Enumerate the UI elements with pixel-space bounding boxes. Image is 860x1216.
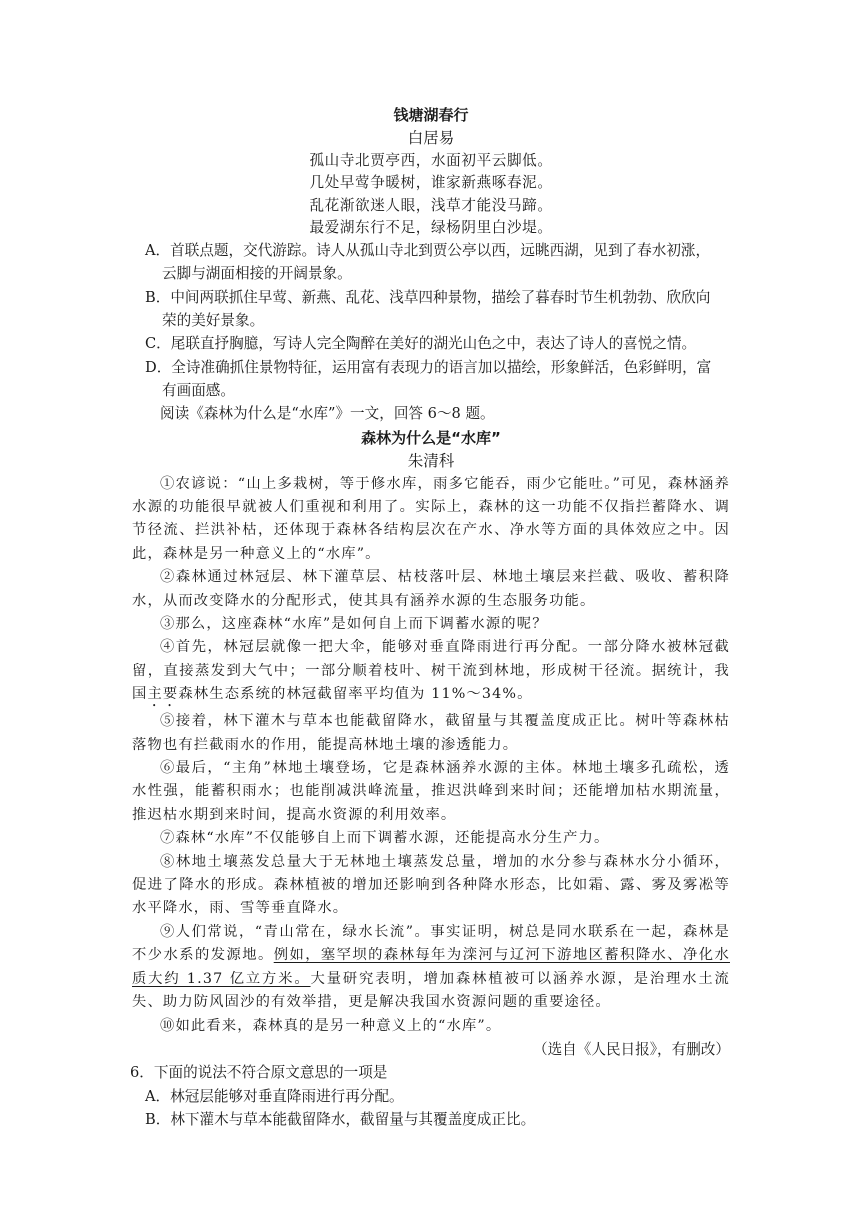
- paragraph-2: ②森林通过林冠层、林下灌草层、枯枝落叶层、林地土壤层来拦截、吸收、蓄积降水，从而…: [132, 566, 730, 613]
- option-label: B．: [145, 289, 170, 306]
- option-text: 首联点题，交代游踪。诗人从孤山寺北到贾公亭以西，远眺西湖，见到了春水初涨，: [170, 242, 710, 259]
- option-label: C．: [145, 335, 171, 352]
- poem-option-d: D．全诗准确抓住景物特征，运用富有表现力的语言加以描绘，形象鲜活，色彩鲜明，富 …: [132, 356, 730, 403]
- article-author: 朱清科: [132, 450, 730, 473]
- reading-instruction: 阅读《森林为什么是“水库”》一文，回答 6～8 题。: [132, 402, 730, 425]
- paragraph-3: ③那么，这座森林“水库”是如何自上而下调蓄水源的呢？: [132, 613, 730, 636]
- question-6-stem: 6．下面的说法不符合原文意思的一项是: [130, 1061, 730, 1084]
- paragraph-6: ⑥最后，“主角”林地土壤登场，它是森林涵养水源的主体。林地土壤多孔疏松，透水性强…: [132, 757, 730, 827]
- paragraph-4-text-cont: 森林生态系统的林冠截留率平均值为 11%～34%。: [178, 686, 532, 702]
- poem-line: 几处早莺争暖树，谁家新燕啄春泥。: [132, 172, 730, 194]
- option-label: B．: [145, 1111, 170, 1128]
- article-source: （选自《人民日报》，有删改）: [132, 1038, 730, 1061]
- poem-option-b: B．中间两联抓住早莺、新燕、乱花、浅草四种景物，描绘了暮春时节生机勃勃、欣欣向 …: [132, 286, 730, 333]
- question-6-option-b: B．林下灌木与草本能截留降水，截留量与其覆盖度成正比。: [132, 1108, 730, 1131]
- paragraph-10: ⑩如此看来，森林真的是另一种意义上的“水库”。: [132, 1015, 730, 1038]
- option-text-cont: 云脚与湖面相接的开阔景象。: [145, 262, 730, 285]
- option-text: 尾联直抒胸臆，写诗人完全陶醉在美好的湖光山色之中，表达了诗人的喜悦之情。: [171, 335, 696, 352]
- option-text-cont: 荣的美好景象。: [145, 309, 730, 332]
- option-text: 全诗准确抓住景物特征，运用富有表现力的语言加以描绘，形象鲜活，色彩鲜明，富: [171, 359, 711, 376]
- paragraph-9: ⑨人们常说，“青山常在，绿水长流”。事实证明，树总是同水联系在一起，森林是不少水…: [132, 921, 730, 1015]
- poem-option-c: C．尾联直抒胸臆，写诗人完全陶醉在美好的湖光山色之中，表达了诗人的喜悦之情。: [132, 332, 730, 355]
- paragraph-5: ⑤接着，林下灌木与草本也能截留降水，截留量与其覆盖度成正比。树叶等森林枯落物也有…: [132, 710, 730, 757]
- option-text: 林下灌木与草本能截留降水，截留量与其覆盖度成正比。: [170, 1111, 535, 1128]
- poem-line: 乱花渐欲迷人眼，浅草才能没马蹄。: [132, 195, 730, 217]
- article-title: 森林为什么是“水库”: [132, 426, 730, 450]
- option-label: A．: [145, 242, 170, 259]
- paragraph-4: ④首先，林冠层就像一把大伞，能够对垂直降雨进行再分配。一部分降水被林冠截留，直接…: [132, 636, 730, 710]
- exam-page: 钱塘湖春行 白居易 孤山寺北贾亭西，水面初平云脚低。 几处早莺争暖树，谁家新燕啄…: [132, 103, 730, 1132]
- poem-author: 白居易: [132, 127, 730, 150]
- emphasized-text: 主要: [147, 686, 178, 702]
- option-text: 中间两联抓住早莺、新燕、乱花、浅草四种景物，描绘了暮春时节生机勃勃、欣欣向: [170, 289, 710, 306]
- option-label: A．: [145, 1088, 170, 1105]
- question-6-option-a: A．林冠层能够对垂直降雨进行再分配。: [132, 1085, 730, 1108]
- poem-line: 孤山寺北贾亭西，水面初平云脚低。: [132, 150, 730, 172]
- option-label: D．: [145, 359, 171, 376]
- poem-title: 钱塘湖春行: [132, 103, 730, 127]
- option-text-cont: 有画面感。: [145, 379, 730, 402]
- paragraph-8: ⑧林地土壤蒸发总量大于无林地土壤蒸发总量，增加的水分参与森林水分小循环，促进了降…: [132, 851, 730, 921]
- poem-line: 最爱湖东行不足，绿杨阴里白沙堤。: [132, 217, 730, 239]
- poem-option-a: A．首联点题，交代游踪。诗人从孤山寺北到贾公亭以西，远眺西湖，见到了春水初涨， …: [132, 239, 730, 286]
- paragraph-7: ⑦森林“水库”不仅能够自上而下调蓄水源，还能提高水分生产力。: [132, 827, 730, 850]
- paragraph-1: ①农谚说：“山上多栽树，等于修水库，雨多它能吞，雨少它能吐。”可见，森林涵养水源…: [132, 473, 730, 567]
- option-text: 林冠层能够对垂直降雨进行再分配。: [170, 1088, 404, 1105]
